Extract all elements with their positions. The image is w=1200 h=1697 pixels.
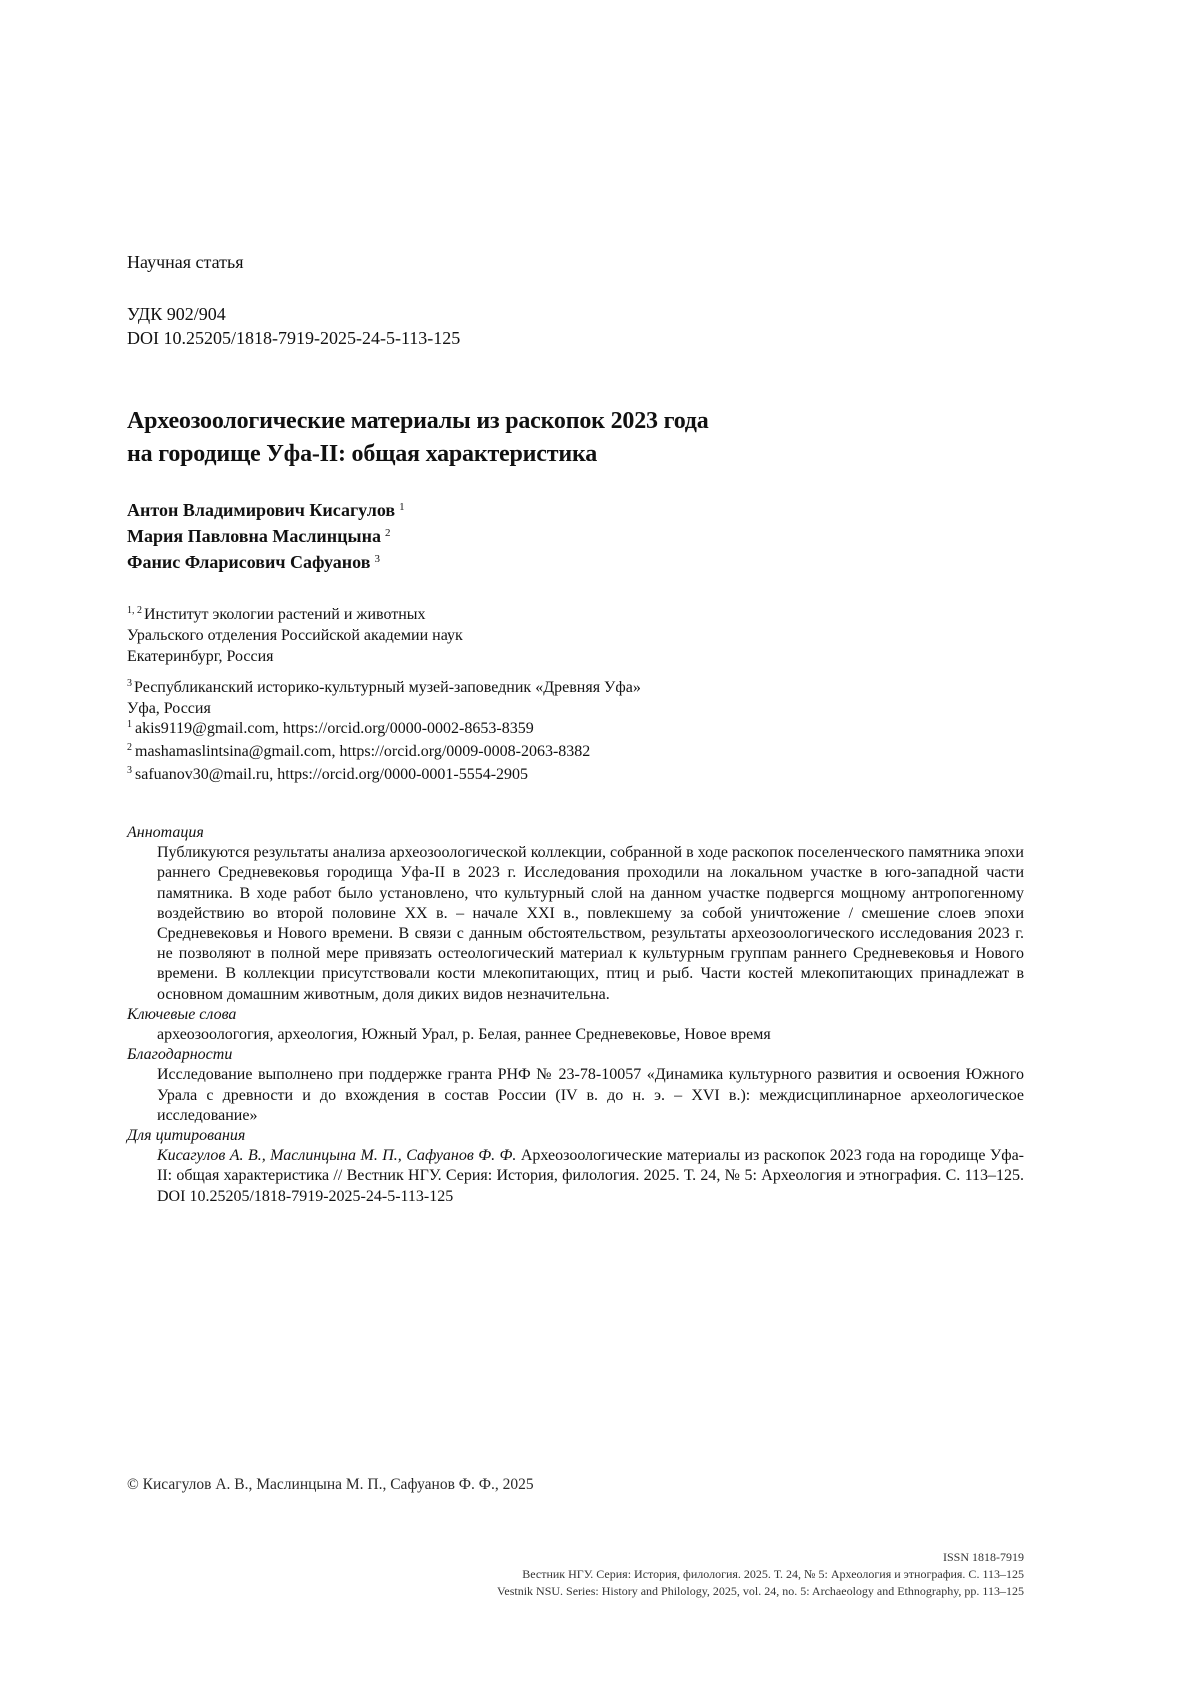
author-name: Фанис Фларисович Сафуанов bbox=[127, 552, 370, 572]
issn: ISSN 1818-7919 bbox=[497, 1549, 1024, 1566]
journal-citation-en: Vestnik NSU. Series: History and Philolo… bbox=[497, 1583, 1024, 1600]
author-ref: 1 bbox=[399, 501, 405, 513]
keywords-text: археозоологогия, археология, Южный Урал,… bbox=[127, 1025, 1024, 1045]
contact-list: 1akis9119@gmail.com, https://orcid.org/0… bbox=[127, 715, 590, 784]
contact-link[interactable]: mashamaslintsina@gmail.com, https://orci… bbox=[135, 743, 590, 760]
author-ref: 3 bbox=[374, 553, 380, 565]
author: Антон Владимирович Кисагулов1 bbox=[127, 496, 405, 522]
affiliation: 3Республиканский историко-культурный муз… bbox=[127, 673, 641, 719]
contact-link[interactable]: safuanov30@mail.ru, https://orcid.org/00… bbox=[135, 766, 528, 783]
citation-label: Для цитирования bbox=[127, 1126, 1024, 1146]
affiliation: 1, 2Институт экологии растений и животны… bbox=[127, 600, 641, 667]
author: Мария Павловна Маслинцына2 bbox=[127, 522, 405, 548]
affiliation-line: Республиканский историко-культурный музе… bbox=[134, 679, 641, 696]
affiliation-line: Екатеринбург, Россия bbox=[127, 646, 641, 667]
affiliation-line: Уральского отделения Российской академии… bbox=[127, 625, 641, 646]
udk-code: УДК 902/904 bbox=[127, 302, 226, 326]
article-title: Археозоологические материалы из раскопок… bbox=[127, 405, 709, 471]
keywords-label: Ключевые слова bbox=[127, 1005, 1024, 1025]
contact: 2mashamaslintsina@gmail.com, https://orc… bbox=[127, 738, 590, 761]
author: Фанис Фларисович Сафуанов3 bbox=[127, 548, 405, 574]
copyright: © Кисагулов А. В., Маслинцына М. П., Саф… bbox=[127, 1476, 534, 1494]
acknowledgements-label: Благодарности bbox=[127, 1045, 1024, 1065]
abstract-label: Аннотация bbox=[127, 823, 1024, 843]
acknowledgements-text: Исследование выполнено при поддержке гра… bbox=[127, 1065, 1024, 1126]
affiliation-ref: 3 bbox=[127, 678, 132, 689]
title-line: Археозоологические материалы из раскопок… bbox=[127, 405, 709, 438]
contact-ref: 2 bbox=[127, 742, 132, 753]
contact: 1akis9119@gmail.com, https://orcid.org/0… bbox=[127, 715, 590, 738]
author-ref: 2 bbox=[385, 527, 391, 539]
front-matter: Аннотация Публикуются результаты анализа… bbox=[127, 823, 1024, 1207]
affiliation-line: Институт экологии растений и животных bbox=[144, 606, 426, 623]
doi: DOI 10.25205/1818-7919-2025-24-5-113-125 bbox=[127, 326, 460, 350]
article-type: Научная статья bbox=[127, 250, 243, 274]
title-line: на городище Уфа-II: общая характеристика bbox=[127, 438, 709, 471]
author-name: Мария Павловна Маслинцына bbox=[127, 526, 381, 546]
affiliations: 1, 2Институт экологии растений и животны… bbox=[127, 600, 641, 725]
contact-ref: 3 bbox=[127, 765, 132, 776]
affiliation-ref: 1, 2 bbox=[127, 605, 142, 616]
citation-text: Кисагулов А. В., Маслинцына М. П., Сафуа… bbox=[127, 1146, 1024, 1207]
citation-authors: Кисагулов А. В., Маслинцына М. П., Сафуа… bbox=[157, 1147, 516, 1164]
contact-link[interactable]: akis9119@gmail.com, https://orcid.org/00… bbox=[135, 720, 534, 737]
journal-citation-ru: Вестник НГУ. Серия: История, филология. … bbox=[497, 1566, 1024, 1583]
author-name: Антон Владимирович Кисагулов bbox=[127, 500, 395, 520]
contact-ref: 1 bbox=[127, 719, 132, 730]
author-list: Антон Владимирович Кисагулов1 Мария Павл… bbox=[127, 496, 405, 574]
abstract-text: Публикуются результаты анализа археозоол… bbox=[127, 843, 1024, 1005]
contact: 3safuanov30@mail.ru, https://orcid.org/0… bbox=[127, 761, 590, 784]
journal-footer: ISSN 1818-7919 Вестник НГУ. Серия: Истор… bbox=[497, 1549, 1024, 1600]
